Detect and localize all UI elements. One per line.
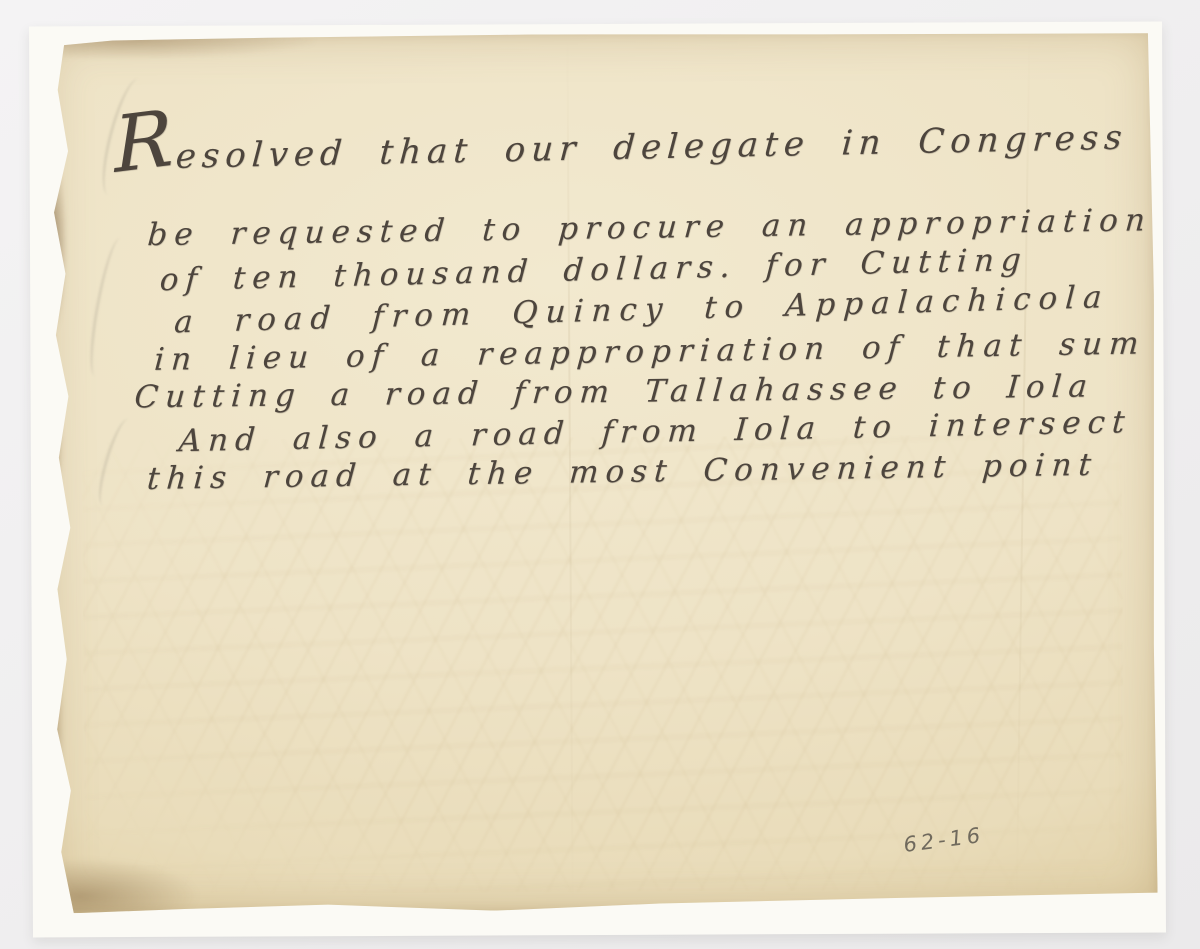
pencil-smudge: [84, 236, 130, 378]
scan-background: Resolved that our delegate in Congress b…: [0, 0, 1200, 949]
handwritten-line: Resolved that our delegate in Congress: [112, 118, 1129, 178]
catalog-number: 62-16: [902, 823, 985, 857]
manuscript-page: Resolved that our delegate in Congress b…: [46, 31, 1157, 914]
singed-edge-mark: [51, 856, 201, 913]
flourished-initial: R: [114, 139, 173, 146]
handwritten-text: esolved that our delegate in Congress: [174, 118, 1129, 177]
pencil-smudge: [93, 416, 137, 508]
